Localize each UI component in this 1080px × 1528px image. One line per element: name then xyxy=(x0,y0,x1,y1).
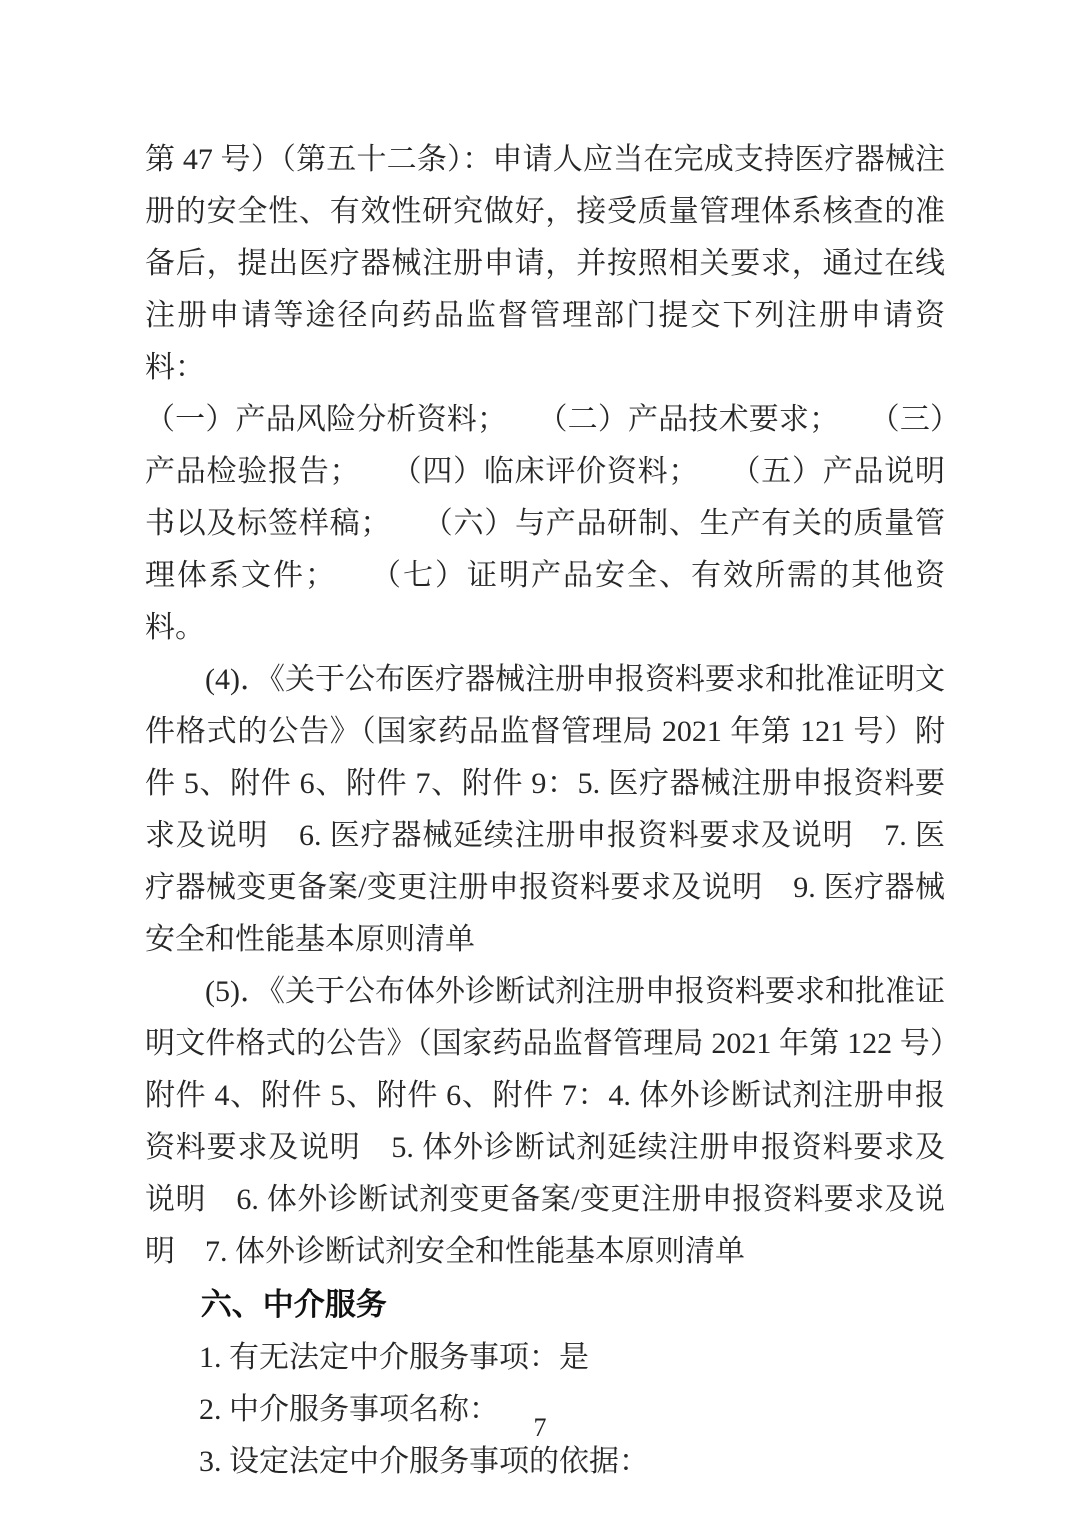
paragraph-announcement-122: (5)．《关于公布体外诊断试剂注册申报资料要求和批准证明文件格式的公告》（国家药… xyxy=(145,966,945,1278)
paragraph-registration-requirements: 第 47 号）（第五十二条）：申请人应当在完成支持医疗器械注册的安全性、有效性研… xyxy=(145,134,945,394)
paragraph-announcement-121: (4)．《关于公布医疗器械注册申报资料要求和批准证明文件格式的公告》（国家药品监… xyxy=(145,654,945,966)
document-page: 第 47 号）（第五十二条）：申请人应当在完成支持医疗器械注册的安全性、有效性研… xyxy=(0,0,1080,1528)
list-item-has-statutory-intermediary-service: 1. 有无法定中介服务事项：是 xyxy=(145,1332,945,1384)
paragraph-application-materials-list: （一）产品风险分析资料； （二）产品技术要求； （三）产品检验报告； （四）临床… xyxy=(145,394,945,654)
section-heading-intermediary-services: 六、中介服务 xyxy=(145,1278,945,1332)
page-number: 7 xyxy=(0,1412,1080,1444)
document-body: 第 47 号）（第五十二条）：申请人应当在完成支持医疗器械注册的安全性、有效性研… xyxy=(145,134,945,1488)
